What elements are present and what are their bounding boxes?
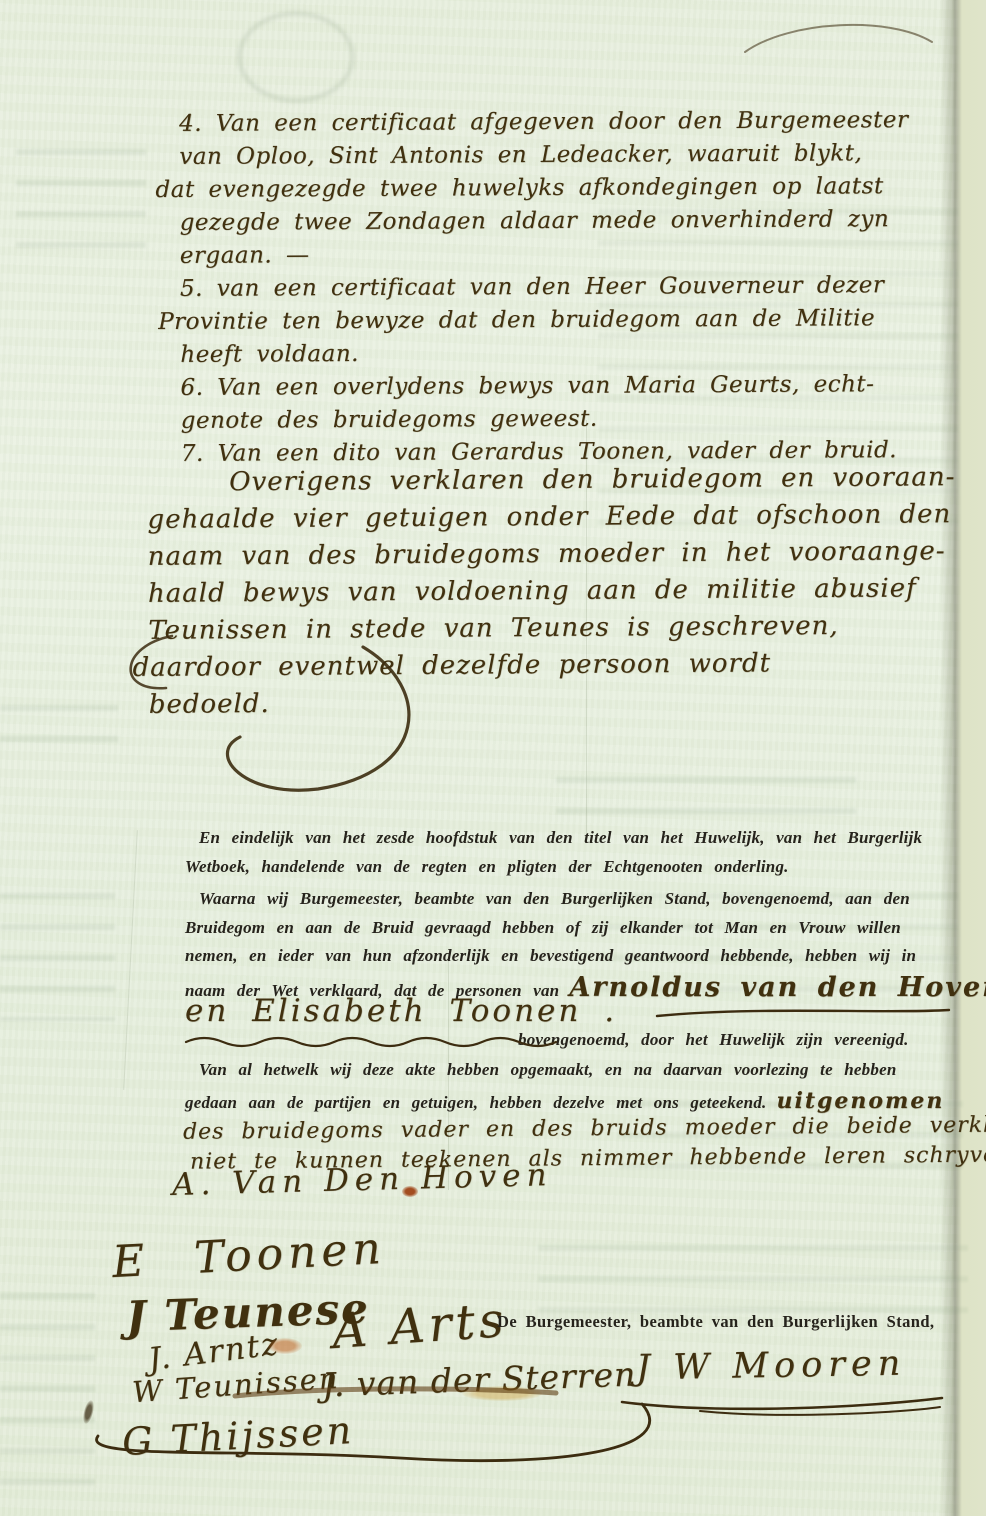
handwritten-line: Teunissen in stede van Teunes is geschre… [148,607,956,650]
official-underline [622,1398,942,1409]
handwritten-line: 5. van een certificaat van den Heer Gouv… [180,269,909,306]
bride-name-handwritten: en Elisabeth Toonen . [185,993,617,1029]
handwritten-line: bedoeld. [149,681,957,724]
ink-blot [268,1338,302,1354]
bleedthrough-patch [0,876,115,1021]
bleedthrough-patch [556,760,856,832]
bleedthrough-patch [16,132,146,262]
handwritten-line: gezegde twee Zondagen aldaar mede onverh… [180,203,909,240]
signature-witness: G Thijssen [121,1408,355,1464]
handwritten-line: Provintie ten bewyze dat den bruidegom a… [158,302,909,339]
signature-witness: A Arts [330,1292,509,1360]
addendum-inline-handwritten: uitgenomen [776,1088,944,1114]
printed-vows-line: Waarna wij Burgemeester, beambte van den… [199,889,910,909]
marriage-act-page: 4. Van een certificaat afgegeven door de… [0,0,986,1516]
printed-vows-line: Bruidegom en aan de Bruid gevraagd hebbe… [185,918,901,938]
bleedthrough-patch [0,1276,95,1486]
bleedthrough-patch [0,688,118,766]
handwritten-line: naam van des bruidegoms moeder in het vo… [148,533,956,576]
handwritten-line: van Oploo, Sint Antonis en Ledeacker, wa… [179,137,908,174]
handwritten-line: heeft voldaan. [180,335,909,372]
official-underline [700,1407,940,1415]
printed-vows-line: nemen, en ieder van hun afzonderlijk en … [185,946,916,966]
printed-united-line: bovengenoemd, door het Huwelijk zijn ver… [518,1030,909,1050]
printed-closing-line2: gedaan aan de partijen en getuigen, hebb… [185,1093,766,1112]
groom-name-handwritten: Arnoldus van den Hoven [569,972,986,1003]
handwritten-line: dat evengezegde twee huwelyks afkondegin… [155,170,908,207]
handwritten-line: genote des bruidegoms geweest. [181,401,910,438]
handwritten-line: 4. Van een certificaat afgegeven door de… [179,104,908,141]
handwritten-line: 6. Van een overlydens bewys van Maria Ge… [180,368,909,405]
handwritten-line: daardoor eventwel dezelfde persoon wordt [132,644,956,687]
handwritten-line: ergaan. — [180,236,909,273]
signature-witness: E Toonen [111,1223,387,1288]
signature-official: J W Mooren [636,1344,907,1389]
wavy-rule-line [186,1038,556,1046]
handwritten-line: gehaalde vier getuigen onder Eede dat of… [147,496,955,539]
printed-closing-line: Van al hetwelk wij deze akte hebben opge… [199,1060,896,1080]
certificates-list: 4. Van een certificaat afgegeven door de… [179,104,910,471]
printed-chapter-line: En eindelijk van het zesde hoofdstuk van… [199,828,922,848]
handwritten-line: haald bewys van voldoening aan de militi… [148,570,956,613]
bleedthrough-patch [538,1228,968,1320]
top-flourish [745,25,932,52]
ink-blot [402,1186,418,1197]
handwritten-line: Overigens verklaren den bruidegom en voo… [147,459,955,502]
printed-chapter-line: Wetboek, handelende van de regten en pli… [185,857,789,877]
printed-official-title: De Burgemeester, beambte van den Burgerl… [497,1312,934,1332]
paper-crease [123,830,138,1090]
ink-blot [462,1386,542,1401]
printed-closing-line: gedaan aan de partijen en getuigen, hebb… [185,1088,944,1114]
oath-paragraph: Overigens verklaren den bruidegom en voo… [147,459,957,724]
emboss-stamp [238,12,354,102]
